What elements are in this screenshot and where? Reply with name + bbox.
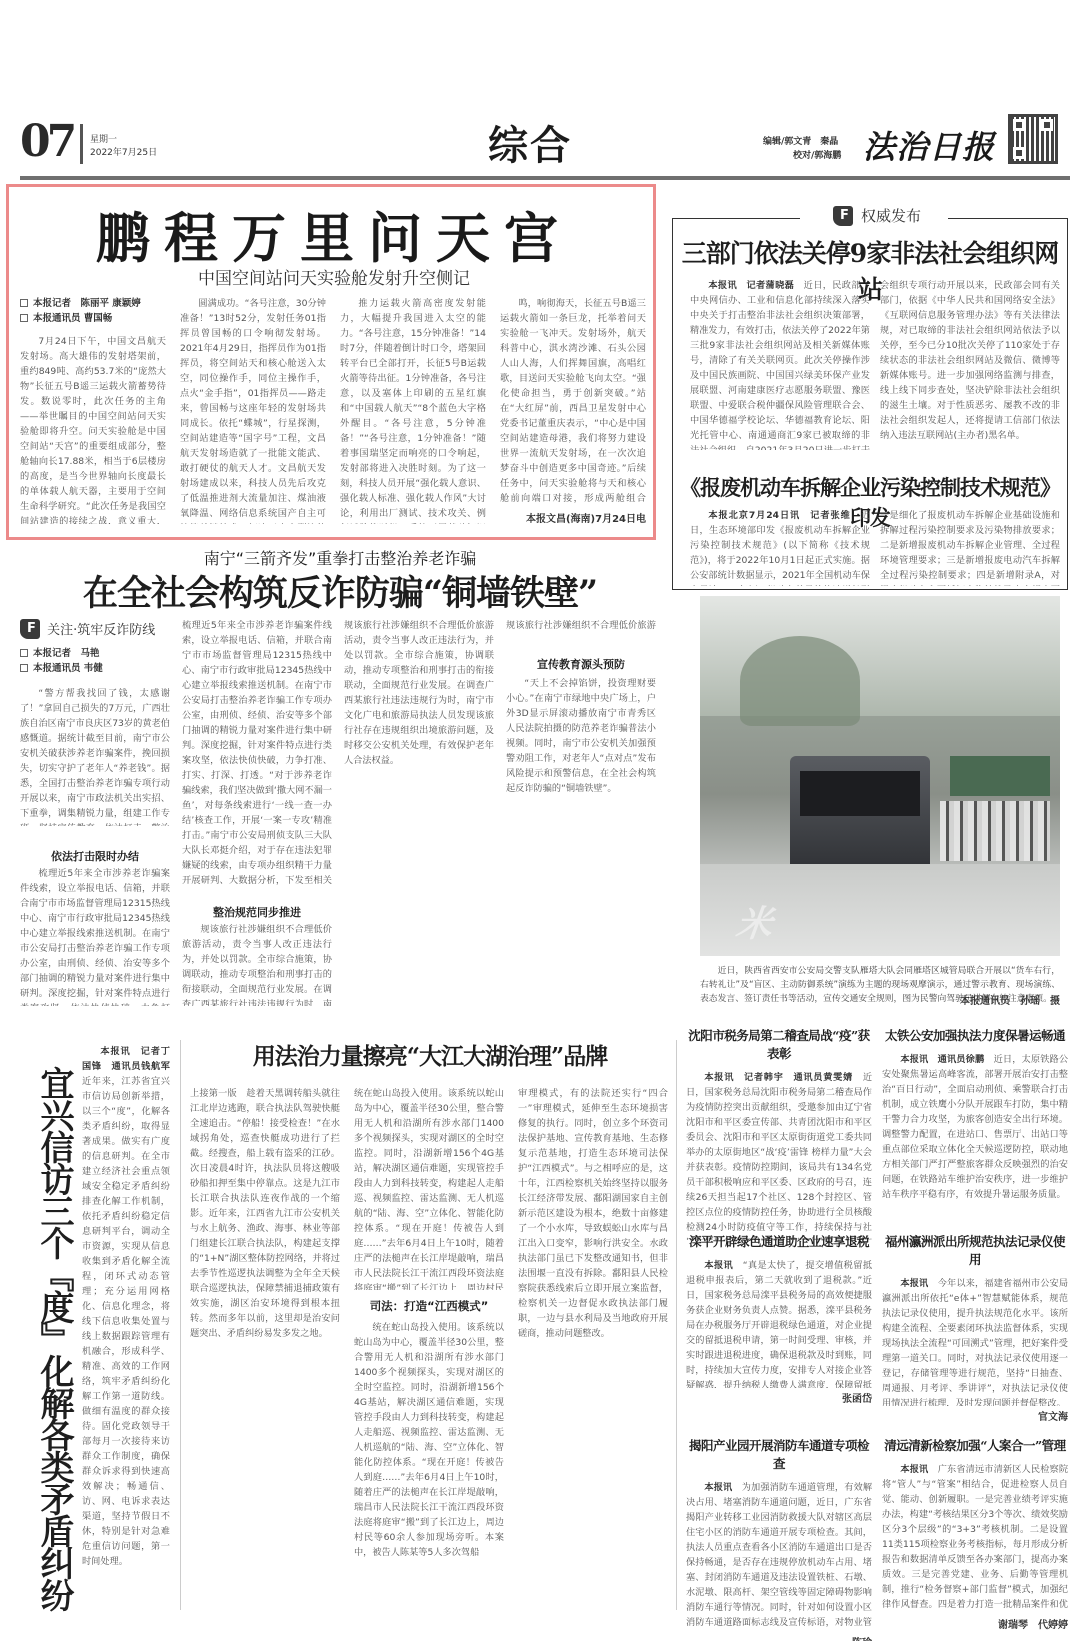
authority-story1-col1: 本报讯 记者蒲晓磊 近日，民政部、中央网信办、工业和信息化部持续深入落实中央关于… xyxy=(690,278,870,450)
anti-fraud-subhead-1: 依法打击限时办结 xyxy=(20,848,170,864)
authority-box-top-left xyxy=(672,218,800,219)
jiangxi-col-3: 审理模式，有的法院还实行“四合一”审理模式，延伸至生态环境损害修复的执行。同时，… xyxy=(518,1086,668,1596)
lead-col-4: 鸣，响彻海天，长征五号B遥三运载火箭如一条巨龙，托举着问天实验舱一飞冲天。发射场… xyxy=(500,296,646,504)
authority-story2-col2: 一是细化了报废机动车拆解企业基础设施和拆解过程污染控制要求及污染物排放要求；二是… xyxy=(880,508,1060,586)
proofreader-credit: 校对/郭海鹏 xyxy=(793,148,841,161)
paper-logo: 法治日报 xyxy=(863,122,995,168)
brief-headline: 沈阳市税务局第二稽查局战“疫”获表彰 xyxy=(686,1026,872,1062)
editor-credit: 编辑/郭文青 秦晶 xyxy=(763,134,838,147)
anti-fraud-col-2b: 规该旅行社涉嫌组织不合理低价旅游活动，责令当事人改正违法行为，并处以罚款。全市综… xyxy=(182,922,332,1006)
reporter-credit: 本报记者 陈丽平 康颖婷 xyxy=(20,296,170,311)
anti-fraud-subhead-2: 整治规范同步推进 xyxy=(182,904,332,920)
brief-5: 揭阳产业园开展消防车通道专项检查 本报讯 为加强消防车通道管理，有效解决占用、堵… xyxy=(686,1436,872,1636)
brief-2: 太铁公安加强执法力度保暑运畅通 本报讯 通讯员徐鹏 近日，太原铁路公安处聚焦暑运… xyxy=(882,1026,1068,1222)
page-number: 07 xyxy=(20,116,73,167)
brief-author: 张函岱 xyxy=(686,1390,872,1405)
anti-fraud-col-1a: “警方帮我找回了钱，太感谢了！”拿回自己损失的7万元，广西壮族自治区南宁市良庆区… xyxy=(20,686,170,826)
bullet-box-icon xyxy=(20,299,28,307)
brief-body: 本报讯 “真是太快了，提交增值税留抵退税申报表后，第二天就收到了退税款。”近日，… xyxy=(686,1258,872,1388)
anti-fraud-byline: 本报记者 马艳 本报通讯员 韦健 xyxy=(20,646,170,676)
anti-fraud-col-1b: 梳理近5年来全市涉养老诈骗案件线索，设立举报电话、信箱，并联合南宁市市场监督管理… xyxy=(20,866,170,1006)
brief-author: 官文海 xyxy=(882,1408,1068,1423)
masthead: 07 星期一 2022年7月25日 综合 编辑/郭文青 秦晶 校对/郭海鹏 法治… xyxy=(18,112,1068,172)
jiangxi-headline: 用法治力量擦亮“大江大湖治理”品牌 xyxy=(190,1038,670,1071)
brief-4: 福州瀛洲派出所规范执法记录仪使用 本报讯 今年以来，福建省福州市公安局瀛洲派出所… xyxy=(882,1232,1068,1408)
issue-date: 2022年7月25日 xyxy=(90,145,157,158)
jiangxi-subhead: 司法：打造“江西模式” xyxy=(354,1298,504,1314)
jiangxi-col-2b: 统在蛇山岛投入使用。该系统以蛇山岛为中心，覆盖半径30公里，整合警用无人机和沿湖… xyxy=(354,1320,504,1596)
brief-author: 陈瑜 xyxy=(686,1634,872,1641)
section-title: 综合 xyxy=(488,114,572,171)
anti-fraud-col-3: 规该旅行社涉嫌组织不合理低价旅游活动，责令当事人改正违法行为，并处以罚款。全市综… xyxy=(344,618,494,1006)
brief-body: 本报讯 为加强消防车通道管理，有效解决占用、堵塞消防车通道问题，近日，广东省揭阳… xyxy=(686,1480,872,1632)
brief-1: 沈阳市税务局第二稽查局战“疫”获表彰 本报讯 记者韩宇 通讯员黄雯婧 近日，国家… xyxy=(686,1026,872,1222)
lead-headline: 鹏程万里问天宫 xyxy=(20,196,648,273)
lead-dateline: 本报文昌(海南)7月24日电 xyxy=(500,510,646,525)
section-tag-label: 权威发布 xyxy=(861,207,921,225)
column-divider xyxy=(676,1040,677,1610)
photo-credit: 本报通讯员 孙瑶 摄 xyxy=(900,992,1060,1007)
authority-story2-col1: 本报北京7月24日讯 记者张维 近日，生态环境部印发《报废机动车拆解企业污染控制… xyxy=(690,508,870,586)
yixing-vertical-headline: 宜兴信访三个『度』化解各类矛盾纠纷 xyxy=(34,1066,74,1610)
bullet-box-icon xyxy=(20,314,28,322)
authority-box-top-right xyxy=(948,218,1068,219)
lead-byline: 本报记者 陈丽平 康颖婷 本报通讯员 曹国畅 xyxy=(20,296,170,326)
brief-headline: 揭阳产业园开展消防车通道专项检查 xyxy=(686,1436,872,1472)
yixing-body: 本报讯 记者丁国锋 通讯员钱航军 近年来，江苏省宜兴市信访局创新举措，以三个“度… xyxy=(82,1044,170,1604)
lead-subheadline: 中国空间站问天实验舱发射升空侧记 xyxy=(20,264,648,289)
masthead-rule xyxy=(20,176,1070,180)
lead-story: 鹏程万里问天宫 中国空间站问天实验舱发射升空侧记 本报记者 陈丽平 康颖婷 本报… xyxy=(20,192,648,532)
brief-author: 谢瑞琴 代婷婷 xyxy=(882,1616,1068,1631)
brief-headline: 福州瀛洲派出所规范执法记录仪使用 xyxy=(882,1232,1068,1268)
brief-headline: 滦平开辟绿色通道助企业速享退税 xyxy=(686,1232,872,1250)
authority-section-tag: 权威发布 xyxy=(812,205,942,231)
anti-fraud-col-2: 梳理近5年来全市涉养老诈骗案件线索，设立举报电话、信箱，并联合南宁市市场监督管理… xyxy=(182,618,332,888)
brief-body: 本报讯 通讯员徐鹏 近日，太原铁路公安处聚焦暑运高峰客流，部署开展治安打击整治“… xyxy=(882,1052,1068,1222)
weekday: 星期一 xyxy=(90,132,117,145)
bullet-box-icon xyxy=(20,649,28,657)
brief-headline: 太铁公安加强执法力度保暑运畅通 xyxy=(882,1026,1068,1044)
traffic-safety-photo: 米 xyxy=(700,596,1060,956)
anti-fraud-headline: 在全社会构筑反诈防骗“铜墙铁壁” xyxy=(20,566,660,616)
lead-col-2: 圆满成功。“各号注意，30分钟准备！”13时52分，发射任务01指挥员曾国畅的口… xyxy=(180,296,326,524)
brief-6: 清远清新检察加强“人案合一”管理 本报讯 广东省清远市清新区人民检察院将“管人”… xyxy=(882,1436,1068,1636)
anti-fraud-col-4a: 规该旅行社涉嫌组织不合理低价旅游活动，责令当事人改正违法行为，并处以罚款。全市综… xyxy=(506,618,656,634)
page-number-divider xyxy=(80,124,83,164)
reporter-credit: 本报记者 马艳 xyxy=(20,646,170,661)
brief-body: 本报讯 今年以来，福建省福州市公安局瀛洲派出所依托“e体+”智慧赋能体系，规范执… xyxy=(882,1276,1068,1406)
correspondent-credit: 本报通讯员 韦健 xyxy=(20,661,170,676)
column-divider xyxy=(180,1040,181,1610)
authority-story1-col2: 会组织专项行动开展以来，民政部会同有关部门，依据《中华人民共和国网络安全法》《互… xyxy=(880,278,1060,450)
f-brand-icon xyxy=(20,619,40,639)
bullet-box-icon xyxy=(20,664,28,672)
brief-headline: 清远清新检察加强“人案合一”管理 xyxy=(882,1436,1068,1454)
brief-body: 本报讯 记者韩宇 通讯员黄雯婧 近日，国家税务总局沈阳市税务局第二稽查局作为疫情… xyxy=(686,1070,872,1240)
anti-fraud-column-tag: 关注·筑牢反诈防线 xyxy=(20,618,180,639)
qr-code-icon xyxy=(1008,114,1058,164)
jiangxi-col-1: 上接第一版 趁着天黑调转船头就往江北岸边逃跑，联合执法队驾驶快艇全速追击。“停船… xyxy=(190,1086,340,1596)
lead-col-3: 推力运载火箭高密度发射能力，大幅提升我国进入太空的能力。“各号注意，15分钟准备… xyxy=(340,296,486,524)
lead-col-1: 7月24日下午，中国文昌航天发射场。高大雄伟的发射塔架前，重约849吨、高约53… xyxy=(20,334,166,524)
jiangxi-col-2a: 统在蛇山岛投入使用。该系统以蛇山岛为中心，覆盖半径30公里，整合警用无人机和沿湖… xyxy=(354,1086,504,1290)
correspondent-credit: 本报通讯员 曹国畅 xyxy=(20,311,170,326)
column-tag-label: 关注·筑牢反诈防线 xyxy=(47,623,155,638)
anti-fraud-subhead-3: 宣传教育源头预防 xyxy=(506,656,656,672)
brief-body: 本报讯 广东省清远市清新区人民检察院将“管人”与“管案”相结合，促进检察人员自觉… xyxy=(882,1462,1068,1614)
anti-fraud-col-4b: “天上不会掉馅饼，投资理财要小心。”在南宁市绿地中央广场上，户外3D显示屏滚动播… xyxy=(506,676,656,1006)
f-brand-icon xyxy=(833,206,853,226)
brief-3: 滦平开辟绿色通道助企业速享退税 本报讯 “真是太快了，提交增值税留抵退税申报表后… xyxy=(686,1232,872,1408)
